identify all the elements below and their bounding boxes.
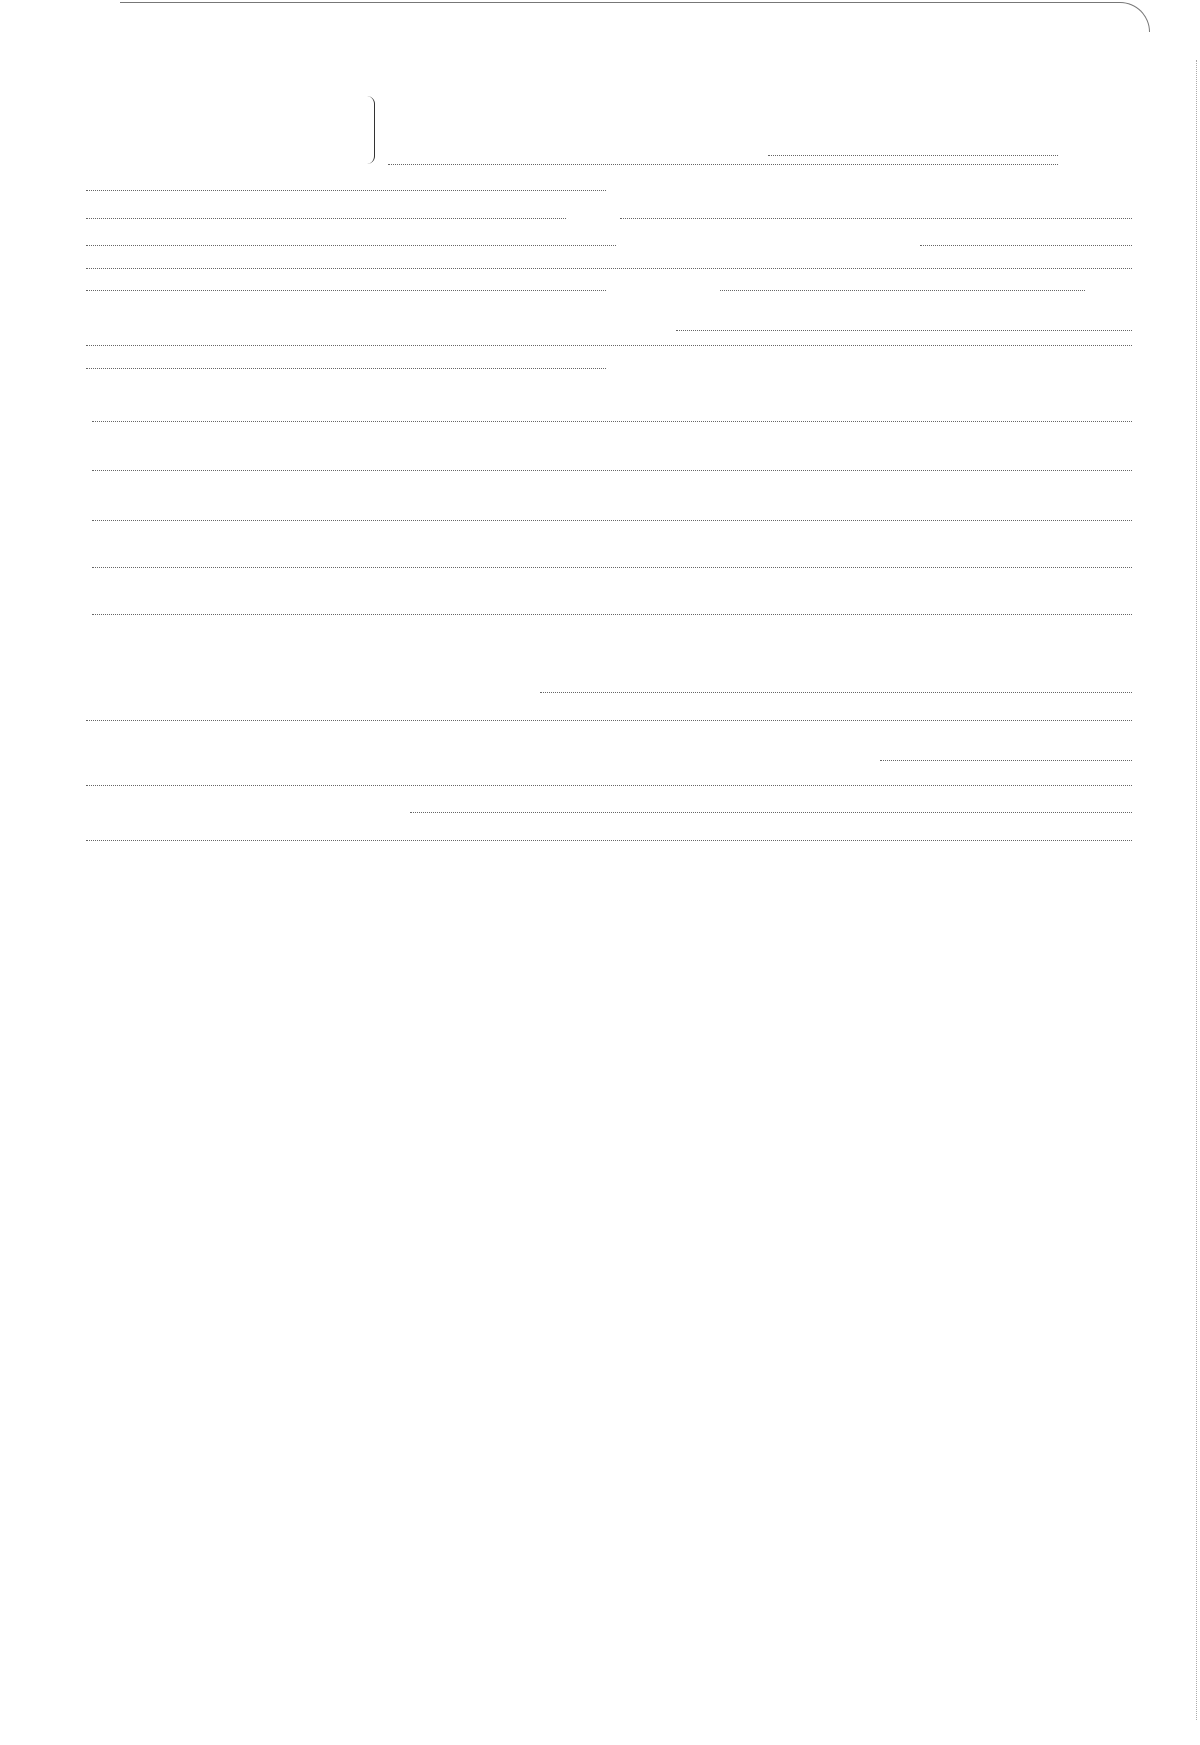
dotted-line [92,470,1132,471]
page-right-edge [1196,60,1197,1720]
dotted-line [768,155,1058,156]
dotted-line [388,164,1058,165]
dotted-line [86,290,606,291]
dotted-line [410,812,1132,813]
dotted-line [880,760,1132,761]
dotted-line [676,330,1132,331]
dotted-line [92,421,1132,422]
dotted-line [92,567,1132,568]
dotted-line [86,720,1132,721]
deed-page [0,0,1200,1745]
header-brace [365,96,375,164]
dotted-line [720,290,1085,291]
dotted-line [620,218,1132,219]
dotted-line [86,345,1132,346]
dotted-line [86,268,1132,269]
dotted-line [86,218,566,219]
dotted-line [92,520,1132,521]
dotted-line [86,368,606,369]
dotted-line [86,190,606,191]
dotted-line [92,614,1132,615]
dotted-line [86,840,1132,841]
page-edge [120,2,1150,32]
dotted-line [540,692,1132,693]
dotted-line [86,245,616,246]
dotted-line [920,245,1132,246]
dotted-line [86,785,1132,786]
